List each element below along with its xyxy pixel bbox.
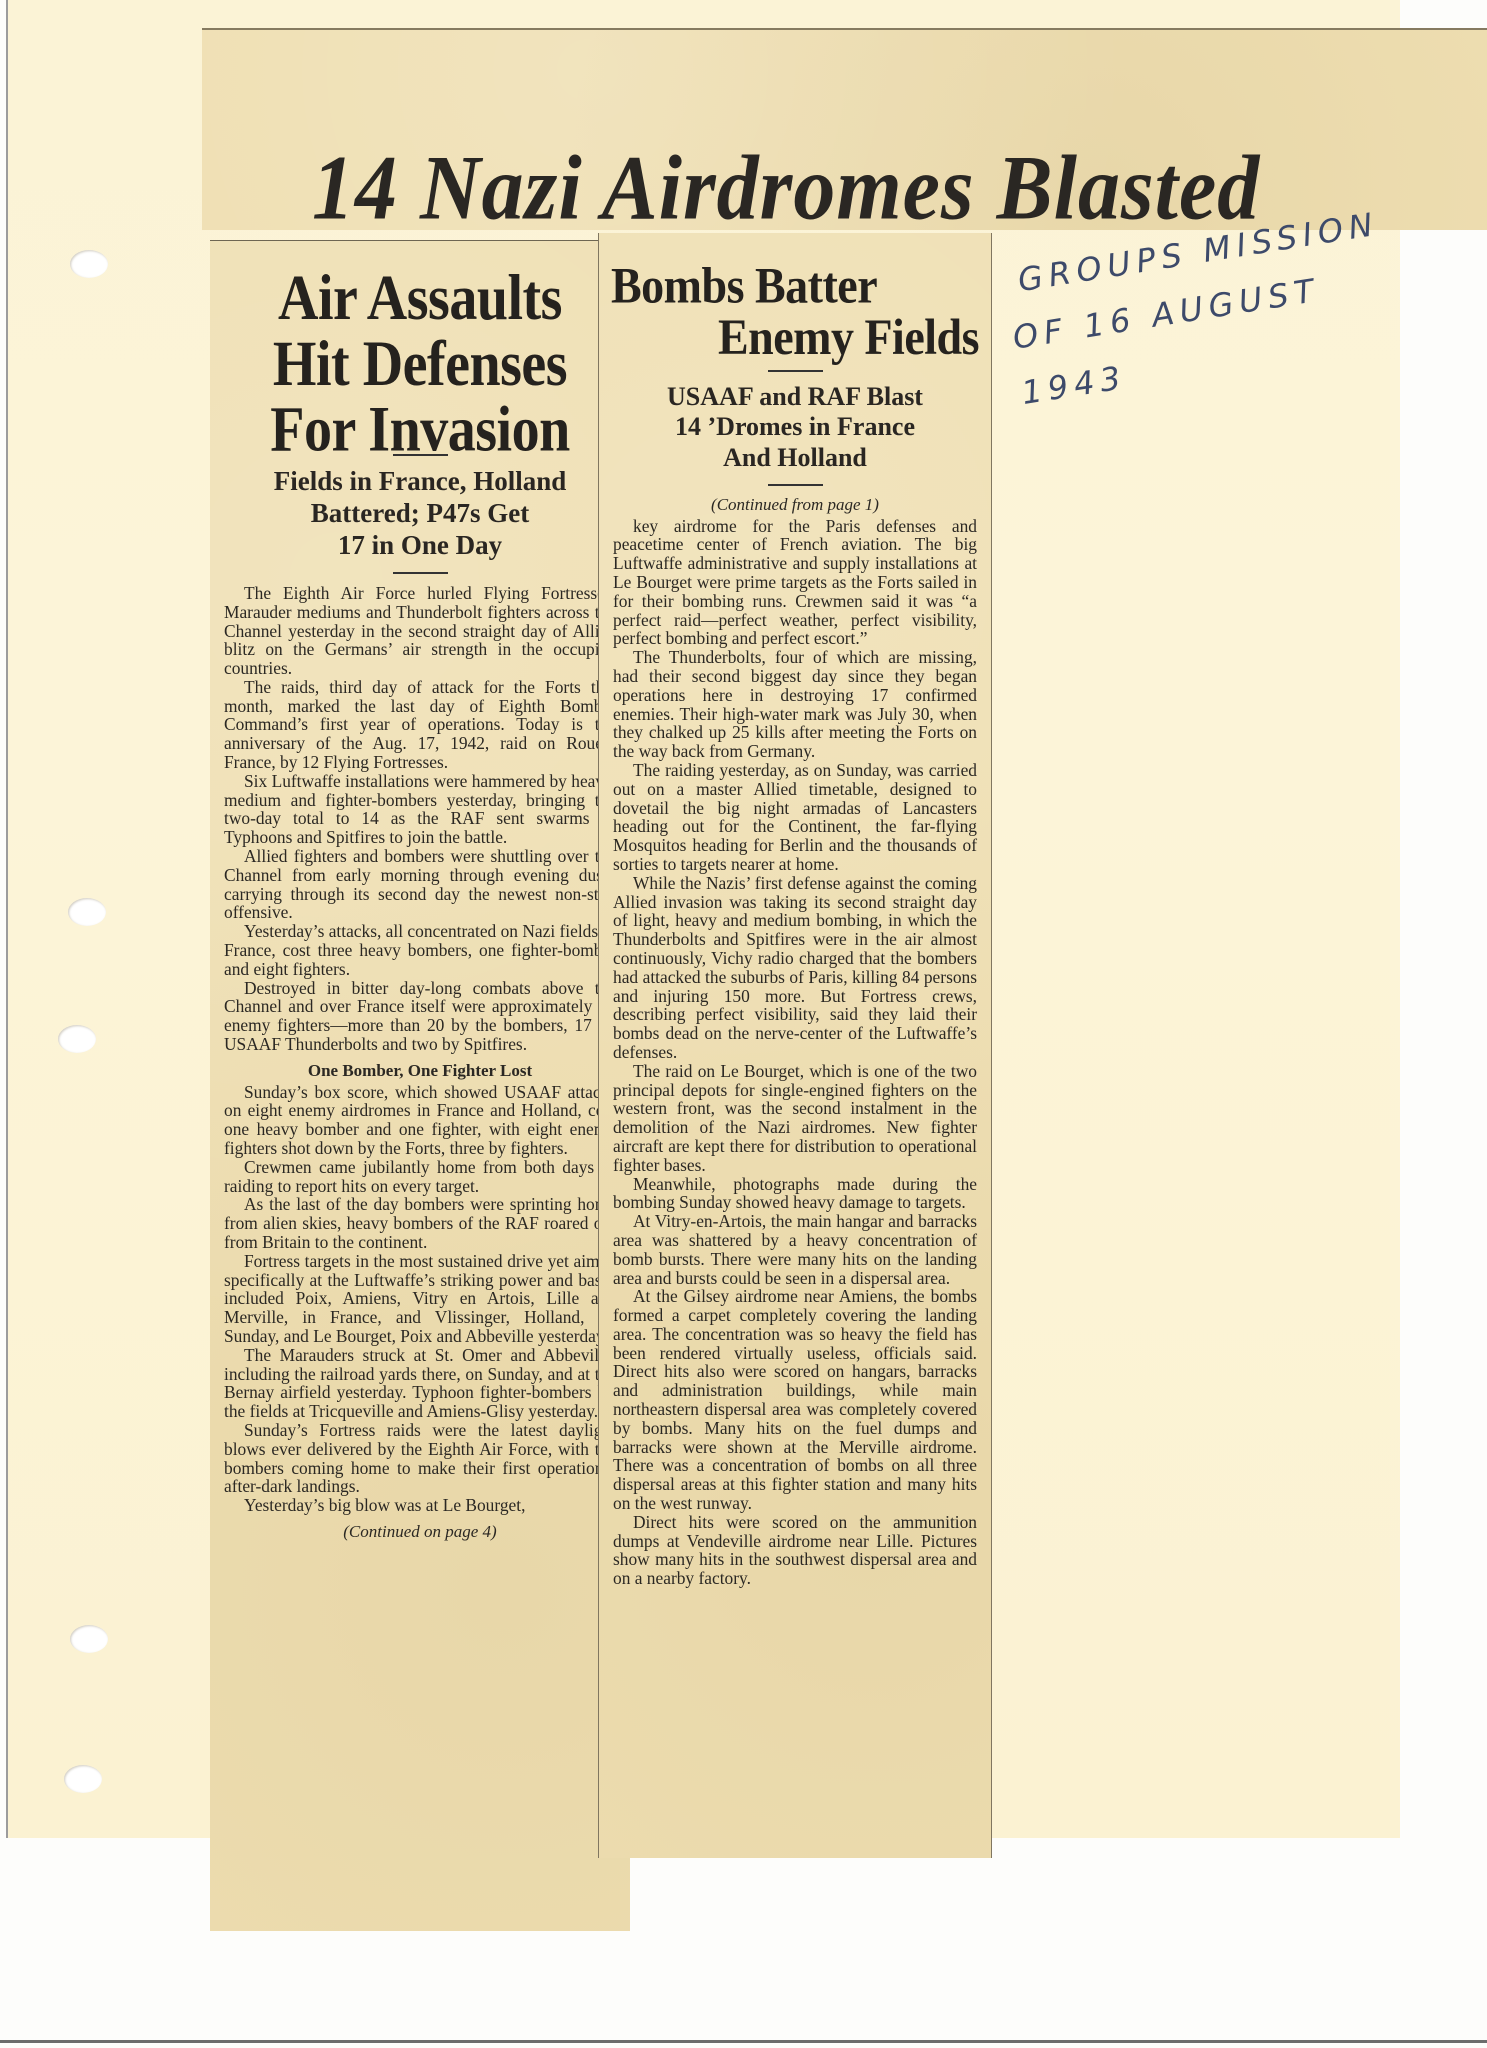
- paragraph: At the Gilsey airdrome near Amiens, the …: [613, 1287, 977, 1513]
- right-article-clipping: Bombs Batter Enemy Fields USAAF and RAF …: [598, 233, 992, 1858]
- right-subhead-line: USAAF and RAF Blast: [599, 382, 991, 413]
- divider: [768, 370, 823, 372]
- right-subhead-line: And Holland: [599, 443, 991, 474]
- right-paragraphs: key airdrome for the Paris defenses and …: [613, 517, 977, 1588]
- right-headline-line: Bombs Batter: [599, 261, 991, 313]
- paragraph: Fortress targets in the most sustained d…: [224, 1252, 616, 1346]
- continued-note: (Continued on page 4): [224, 1523, 616, 1542]
- binder-hole: [68, 898, 106, 926]
- paragraph: Sunday’s Fortress raids were the latest …: [224, 1421, 616, 1496]
- scan-edge: [0, 2040, 1487, 2043]
- left-subhead-line: 17 in One Day: [210, 530, 630, 562]
- headline-clipping: 14 Nazi Airdromes Blasted: [202, 28, 1487, 230]
- left-subhead: Fields in France, Holland Battered; P47s…: [210, 466, 630, 562]
- right-headline-line: Enemy Fields: [599, 312, 991, 364]
- right-headline: Bombs Batter Enemy Fields: [599, 233, 991, 364]
- paragraph: Yesterday’s big blow was at Le Bourget,: [224, 1496, 616, 1515]
- binder-hole: [70, 250, 108, 278]
- divider: [768, 484, 823, 486]
- paragraph: Crewmen came jubilantly home from both d…: [224, 1158, 616, 1196]
- paragraph: Six Luftwaffe installations were hammere…: [224, 772, 616, 847]
- left-subhead-line: Battered; P47s Get: [210, 498, 630, 530]
- right-subhead-line: 14 ’Dromes in France: [599, 412, 991, 443]
- left-headline-line: Air Assaults: [210, 266, 630, 332]
- paragraph: Meanwhile, photographs made during the b…: [613, 1175, 977, 1213]
- left-article-clipping: Air Assaults Hit Defenses For Invasion F…: [210, 240, 630, 1931]
- binder-hole: [58, 1025, 96, 1053]
- paragraph: At Vitry-en-Artois, the main hangar and …: [613, 1212, 977, 1287]
- left-paragraphs-part2: Sunday’s box score, which showed USAAF a…: [224, 1083, 616, 1515]
- paragraph: Allied fighters and bombers were shuttli…: [224, 847, 616, 922]
- binder-hole: [70, 1625, 108, 1653]
- binder-hole: [64, 1765, 102, 1793]
- crosshead: One Bomber, One Fighter Lost: [224, 1062, 616, 1081]
- continued-note: (Continued from page 1): [613, 496, 977, 515]
- left-paragraphs-part1: The Eighth Air Force hurled Flying Fortr…: [224, 584, 616, 1054]
- paragraph: Direct hits were scored on the ammunitio…: [613, 1513, 977, 1588]
- left-article-body: The Eighth Air Force hurled Flying Fortr…: [210, 584, 630, 1542]
- paragraph: Sunday’s box score, which showed USAAF a…: [224, 1083, 616, 1158]
- paragraph: The Marauders struck at St. Omer and Abb…: [224, 1346, 616, 1421]
- paragraph: The Eighth Air Force hurled Flying Fortr…: [224, 584, 616, 678]
- left-headline-line: Hit Defenses: [210, 332, 630, 398]
- paragraph: Yesterday’s attacks, all concentrated on…: [224, 922, 616, 978]
- left-headline-line: For Invasion: [210, 398, 630, 464]
- right-subhead: USAAF and RAF Blast 14 ’Dromes in France…: [599, 382, 991, 474]
- paragraph: The raid on Le Bourget, which is one of …: [613, 1062, 977, 1175]
- divider: [393, 572, 448, 574]
- right-article-body: (Continued from page 1) key airdrome for…: [599, 496, 991, 1588]
- left-headline: Air Assaults Hit Defenses For Invasion: [210, 241, 630, 463]
- paragraph: The raiding yesterday, as on Sunday, was…: [613, 761, 977, 874]
- paragraph: The raids, third day of attack for the F…: [224, 678, 616, 772]
- paragraph: As the last of the day bombers were spri…: [224, 1195, 616, 1251]
- left-subhead-line: Fields in France, Holland: [210, 466, 630, 498]
- paragraph: The Thunderbolts, four of which are miss…: [613, 648, 977, 761]
- banner-headline: 14 Nazi Airdromes Blasted: [312, 135, 1260, 242]
- paragraph: Destroyed in bitter day-long combats abo…: [224, 979, 616, 1054]
- paragraph: While the Nazis’ first defense against t…: [613, 874, 977, 1062]
- paragraph: key airdrome for the Paris defenses and …: [613, 517, 977, 649]
